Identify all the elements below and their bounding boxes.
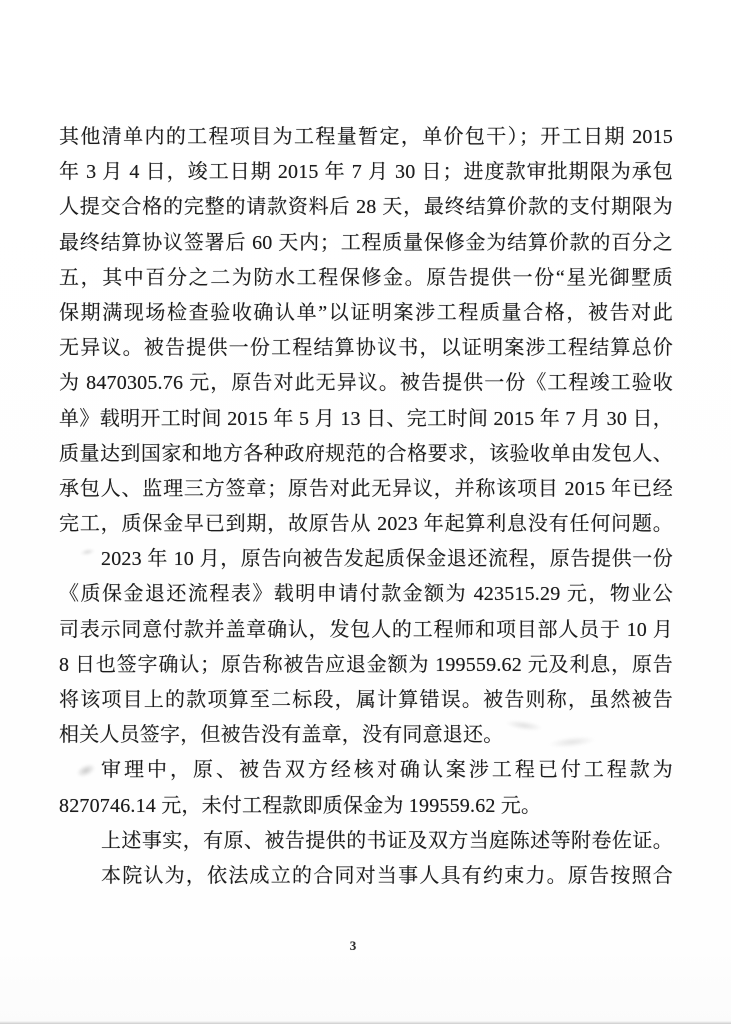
text-line: 承包人、监理三方签章；原告对此无异议，并称该项目 2015 年已经 [59,472,673,507]
text-line: 审理中，原、被告双方经核对确认案涉工程已付工程款为 [59,753,673,788]
text-line: 年 3 月 4 日，竣工日期 2015 年 7 月 30 日；进度款审批期限为承… [59,155,673,190]
document-page: 其他清单内的工程项目为工程量暂定，单价包干）；开工日期 2015年 3 月 4 … [0,0,731,1024]
text-line: 将该项目上的款项算至二标段，属计算错误。被告则称，虽然被告 [59,683,673,718]
text-line: 为 8470305.76 元，原告对此无异议。被告提供一份《工程竣工验收 [59,366,673,401]
text-line: 质量达到国家和地方各种政府规范的合格要求，该验收单由发包人、 [59,437,673,472]
text-line: 8270746.14 元，未付工程款即质保金为 199559.62 元。 [59,789,673,824]
text-line: 无异议。被告提供一份工程结算协议书，以证明案涉工程结算总价 [59,331,673,366]
text-line: 2023 年 10 月，原告向被告发起质保金退还流程，原告提供一份 [59,542,673,577]
text-line: 《质保金退还流程表》载明申请付款金额为 423515.29 元，物业公 [59,577,673,612]
text-line: 人提交合格的完整的请款资料后 28 天，最终结算价款的支付期限为 [59,190,673,225]
text-line: 最终结算协议签署后 60 天内；工程质量保修金为结算价款的百分之 [59,226,673,261]
text-line: 上述事实，有原、被告提供的书证及双方当庭陈述等附卷佐证。 [59,824,673,859]
text-line: 8 日也签字确认；原告称被告应退金额为 199559.62 元及利息，原告 [59,648,673,683]
text-line: 保期满现场检查验收确认单”以证明案涉工程质量合格，被告对此 [59,296,673,331]
text-line: 本院认为，依法成立的合同对当事人具有约束力。原告按照合 [59,859,673,894]
page-number: 3 [59,938,647,954]
text-line: 其他清单内的工程项目为工程量暂定，单价包干）；开工日期 2015 [59,120,673,155]
text-line: 单》载明开工时间 2015 年 5 月 13 日、完工时间 2015 年 7 月… [59,402,673,437]
text-line: 相关人员签字，但被告没有盖章，没有同意退还。 [59,718,673,753]
text-line: 完工，质保金早已到期，故原告从 2023 年起算利息没有任何问题。 [59,507,673,542]
document-body: 其他清单内的工程项目为工程量暂定，单价包干）；开工日期 2015年 3 月 4 … [59,120,673,894]
text-line: 司表示同意付款并盖章确认，发包人的工程师和项目部人员于 10 月 [59,613,673,648]
text-line: 五，其中百分之二为防水工程保修金。原告提供一份“星光御墅质 [59,261,673,296]
